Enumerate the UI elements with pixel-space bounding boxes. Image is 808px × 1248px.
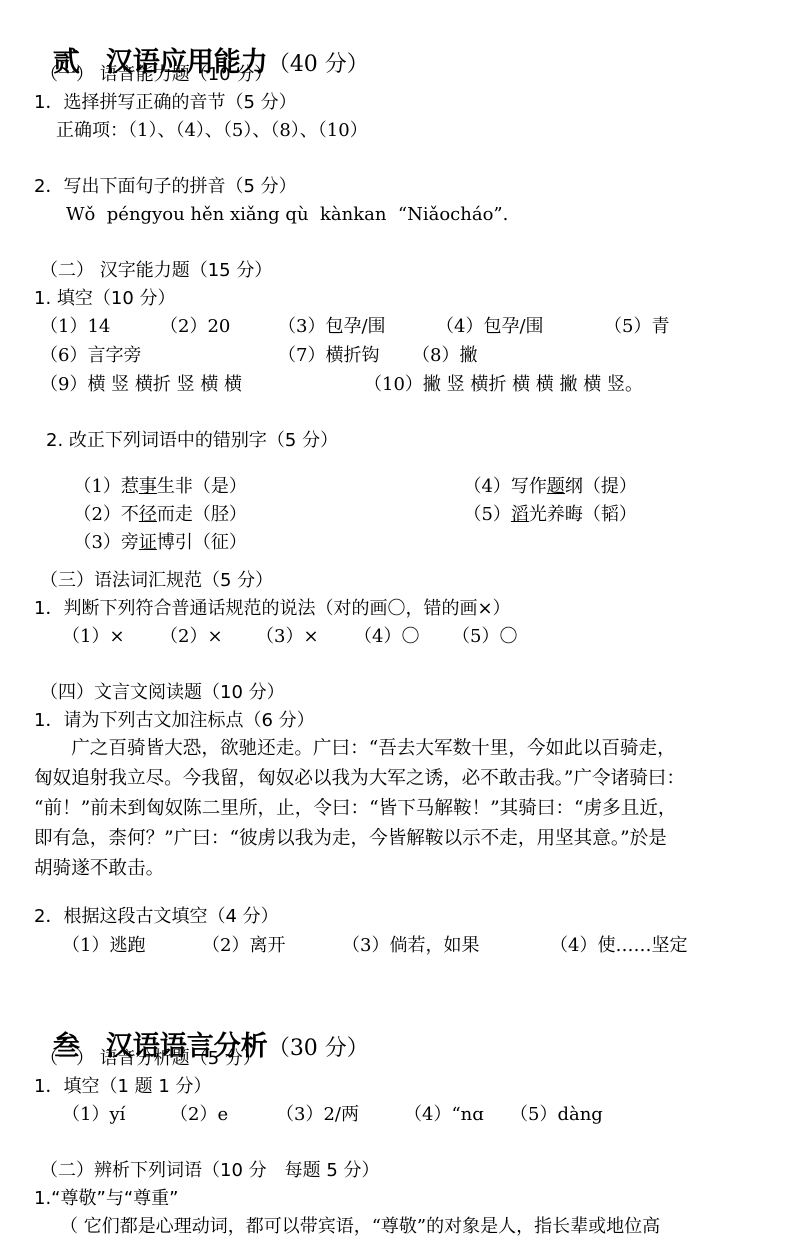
answer-cell: （4）包孕/围 bbox=[436, 318, 544, 336]
passage-line: 匈奴追射我立尽。今我留，匈奴必以我为大军之诱，必不敢击我。”广令诸骑曰： bbox=[34, 764, 786, 794]
sec1-q1-title: 1．选择拼写正确的音节（5 分） bbox=[34, 94, 297, 112]
p3-sec1-q1-title: 1．填空（1 题 1 分） bbox=[34, 1078, 212, 1096]
answer-cell: （2）离开 bbox=[202, 937, 285, 955]
answer-cell: （9）横 竖 横折 竖 横 横 bbox=[40, 376, 242, 394]
item-text: 光养晦 bbox=[529, 504, 583, 525]
p3-sec2-heading: （二）辨析下列词语（10 分 每题 5 分） bbox=[40, 1162, 380, 1180]
passage-line: 即有急，柰何？”广曰：“彼虏以我为走，今皆解鞍以示不走，用坚其意。”於是 bbox=[34, 824, 786, 854]
sec2-heading: （二） 汉字能力题（15 分） bbox=[40, 262, 272, 280]
typo-item: （5）滔光养晦（韬） bbox=[452, 488, 637, 524]
sec3-heading: （三）语法词汇规范（5 分） bbox=[40, 572, 273, 590]
sec1-heading: （一） 语音能力题（10 分） bbox=[40, 66, 272, 84]
answer-cell: （10）撇 竖 横折 横 横 撇 横 竖。 bbox=[364, 376, 643, 394]
answer-cell: （1）14 bbox=[40, 318, 110, 336]
answer-cell: （8）撇 bbox=[412, 347, 477, 365]
answer-cell: （1）× bbox=[62, 628, 125, 646]
correct-character: （征） bbox=[193, 532, 247, 553]
item-number: （3） bbox=[73, 532, 120, 553]
answer-cell: （4）〇 bbox=[354, 628, 419, 646]
answer-cell: （3）× bbox=[256, 628, 319, 646]
p3-sec2-q1-title: 1.“尊敬”与“尊重” bbox=[34, 1190, 178, 1208]
wrong-character: 滔 bbox=[511, 504, 529, 525]
answer-cell: （6）言字旁 bbox=[40, 347, 141, 365]
answer-cell: （5）青 bbox=[604, 318, 669, 336]
passage-line: 广之百骑皆大恐，欲驰还走。广曰：“吾去大军数十里，今如此以百骑走， bbox=[34, 734, 786, 764]
sec1-q2-answer: Wǒ péngyou hěn xiǎng qù kànkan “Niǎocháo… bbox=[66, 206, 508, 224]
p3-sec2-q1-answer: （ 它们都是心理动词，都可以带宾语，“尊敬”的对象是人，指长辈或地位高 bbox=[60, 1218, 660, 1236]
passage-line: “前！”前未到匈奴陈二里所，止，令曰：“皆下马解鞍！”其骑曰：“虏多且近， bbox=[34, 794, 786, 824]
answer-cell: （2）× bbox=[160, 628, 223, 646]
answer-cell: （1）逃跑 bbox=[62, 937, 145, 955]
typo-item: （3）旁证博引（征） bbox=[62, 516, 247, 552]
sec1-q2-title: 2．写出下面句子的拼音（5 分） bbox=[34, 178, 297, 196]
answer-cell: （3）倘若，如果 bbox=[342, 937, 479, 955]
answer-cell: （5）dàng bbox=[510, 1106, 603, 1124]
sec4-q1-title: 1．请为下列古文加注标点（6 分） bbox=[34, 712, 315, 730]
correct-character: （韬） bbox=[583, 504, 637, 525]
answer-cell: （1）yí bbox=[62, 1106, 125, 1124]
sec2-q1-title: 1. 填空（10 分） bbox=[34, 290, 176, 308]
classical-passage: 广之百骑皆大恐，欲驰还走。广曰：“吾去大军数十里，今如此以百骑走， 匈奴追射我立… bbox=[34, 734, 786, 884]
item-number: （5） bbox=[463, 504, 510, 525]
sec4-q2-title: 2．根据这段古文填空（4 分） bbox=[34, 908, 279, 926]
answer-cell: （3）包孕/围 bbox=[278, 318, 386, 336]
answer-cell: （5）〇 bbox=[452, 628, 517, 646]
part3-points: （30 分） bbox=[268, 1036, 369, 1061]
part2-points: （40 分） bbox=[268, 52, 369, 77]
answer-cell: （3）2/两 bbox=[276, 1106, 359, 1124]
answer-cell: （2）e bbox=[170, 1106, 228, 1124]
answer-cell: （2）20 bbox=[160, 318, 230, 336]
answer-cell: （7）横折钩 bbox=[278, 347, 379, 365]
answer-cell: （4）“nɑ bbox=[404, 1106, 484, 1124]
sec1-q1-answer: 正确项：（1）、（4）、（5）、（8）、（10） bbox=[56, 122, 368, 140]
item-text: 博引 bbox=[157, 532, 193, 553]
sec4-heading: （四）文言文阅读题（10 分） bbox=[40, 684, 285, 702]
sec3-q1-title: 1．判断下列符合普通话规范的说法（对的画〇，错的画×） bbox=[34, 600, 511, 618]
passage-line: 胡骑遂不敢击。 bbox=[34, 854, 786, 884]
item-text: 旁 bbox=[121, 532, 139, 553]
sec2-q2-title: 2. 改正下列词语中的错别字（5 分） bbox=[46, 432, 338, 450]
p3-sec1-heading: （一） 语音分析题（5 分） bbox=[40, 1050, 261, 1068]
answer-cell: （4）使……坚定 bbox=[550, 937, 687, 955]
wrong-character: 证 bbox=[139, 532, 157, 553]
